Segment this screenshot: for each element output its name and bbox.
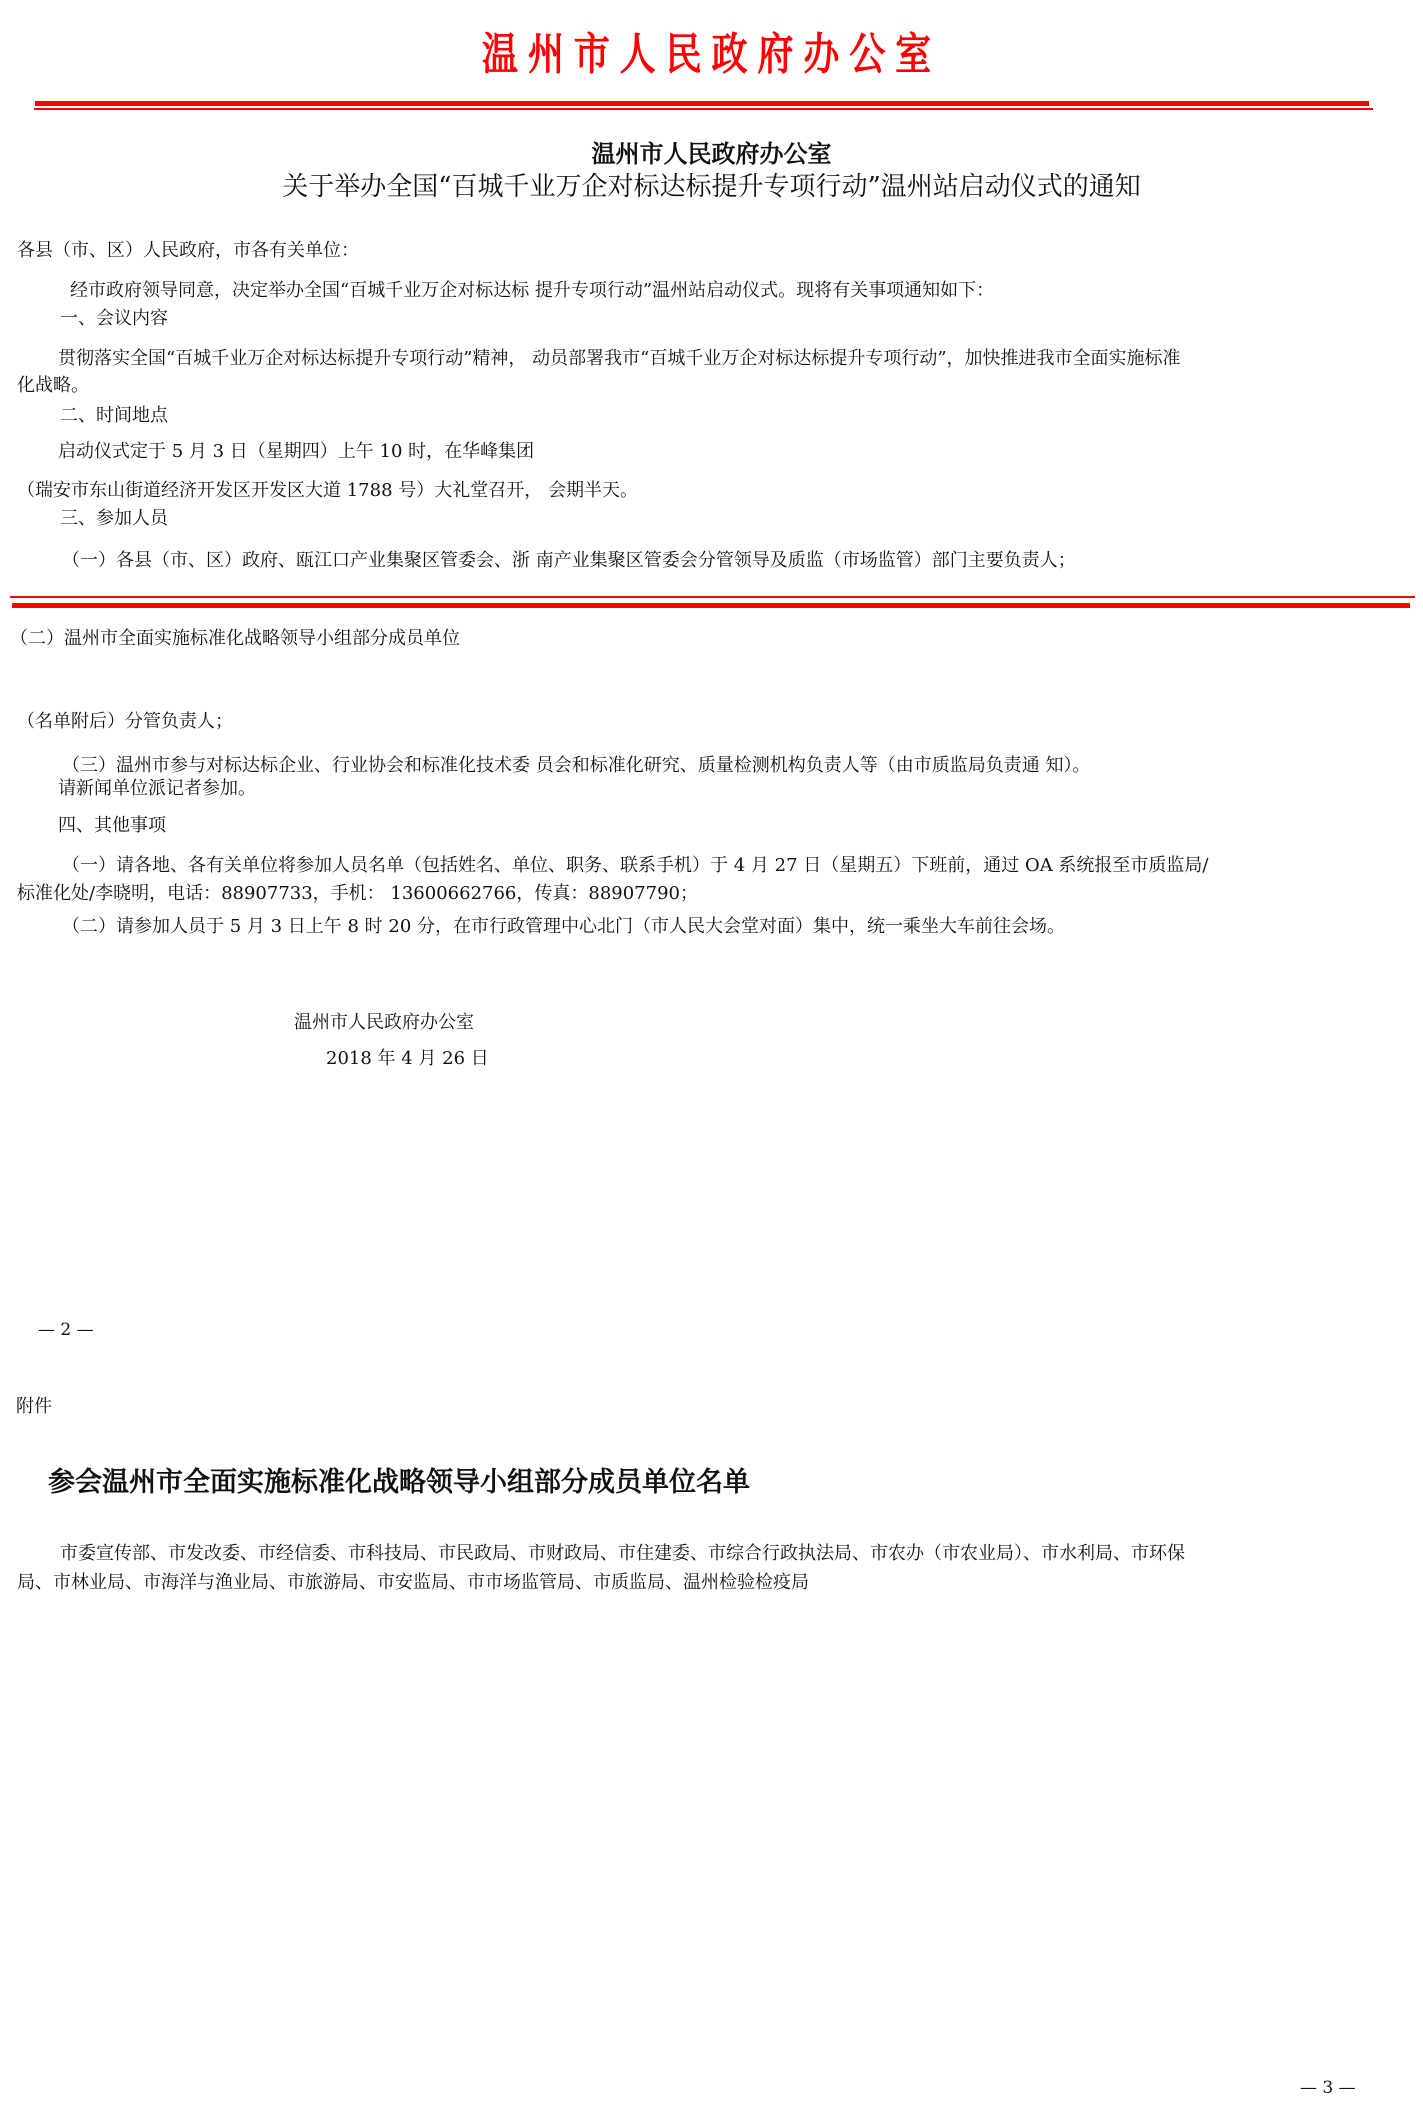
section1-text-line1: 贯彻落实全国“百城千业万企对标达标提升专项行动”精神， 动员部署我市“百城千业万…	[58, 348, 1181, 370]
attachment-label: 附件	[16, 1396, 52, 1418]
attachment-list-line1: 市委宣传部、市发改委、市经信委、市科技局、市民政局、市财政局、市住建委、市综合行…	[60, 1543, 1185, 1565]
letterhead-thin-rule	[34, 108, 1373, 110]
signature-org: 温州市人民政府办公室	[294, 1012, 474, 1034]
section1-text-line2: 化战略。	[17, 375, 89, 397]
section2-text-line2: （瑞安市东山街道经济开发区开发区大道 1788 号）大礼堂召开， 会期半天。	[17, 480, 638, 502]
section2-text-line1: 启动仪式定于 5 月 3 日（星期四）上午 10 时，在华峰集团	[58, 441, 534, 463]
document-title-line1: 温州市人民政府办公室	[0, 134, 1423, 169]
page-divider-thick-rule	[12, 603, 1410, 608]
letterhead-org-name: 温州市人民政府办公室	[128, 18, 1295, 82]
attachment-title: 参会温州市全面实施标准化战略领导小组部分成员单位名单	[48, 1460, 750, 1499]
salutation: 各县（市、区）人民政府，市各有关单位：	[17, 240, 359, 262]
page-number-3: — 3 —	[1300, 2078, 1356, 2098]
section3-item1: （一）各县（市、区）政府、瓯江口产业集聚区管委会、浙 南产业集聚区管委会分管领导…	[62, 550, 1076, 572]
section4-heading: 四、其他事项	[58, 815, 166, 837]
attachment-list-line2: 局、市林业局、市海洋与渔业局、市旅游局、市安监局、市市场监管局、市质监局、温州检…	[17, 1572, 809, 1594]
page-divider-thin-rule	[10, 596, 1415, 598]
section3-note: 请新闻单位派记者参加。	[58, 778, 256, 800]
section4-item2: （二）请参加人员于 5 月 3 日上午 8 时 20 分，在市行政管理中心北门（…	[62, 916, 1065, 938]
section3-item2-line2: （名单附后）分管负责人；	[17, 711, 233, 733]
section4-item1-line2: 标准化处/李晓明，电话：88907733，手机： 13600662766，传真：…	[17, 883, 698, 905]
section2-heading: 二、时间地点	[60, 405, 168, 427]
section4-item1-line1: （一）请各地、各有关单位将参加人员名单（包括姓名、单位、职务、联系手机）于 4 …	[62, 855, 1209, 877]
section3-item2-line1: （二）温州市全面实施标准化战略领导小组部分成员单位	[10, 628, 460, 650]
page-number-2: — 2 —	[38, 1320, 94, 1340]
section1-heading: 一、会议内容	[60, 308, 168, 330]
letterhead-thick-rule	[35, 101, 1369, 106]
document-title-line2: 关于举办全国“百城千业万企对标达标提升专项行动”温州站启动仪式的通知	[0, 166, 1423, 203]
intro-paragraph: 经市政府领导同意，决定举办全国“百城千业万企对标达标 提升专项行动”温州站启动仪…	[70, 280, 994, 302]
section3-item3: （三）温州市参与对标达标企业、行业协会和标准化技术委 员会和标准化研究、质量检测…	[62, 755, 1090, 777]
signature-date: 2018 年 4 月 26 日	[326, 1048, 489, 1070]
section3-heading: 三、参加人员	[60, 508, 168, 530]
